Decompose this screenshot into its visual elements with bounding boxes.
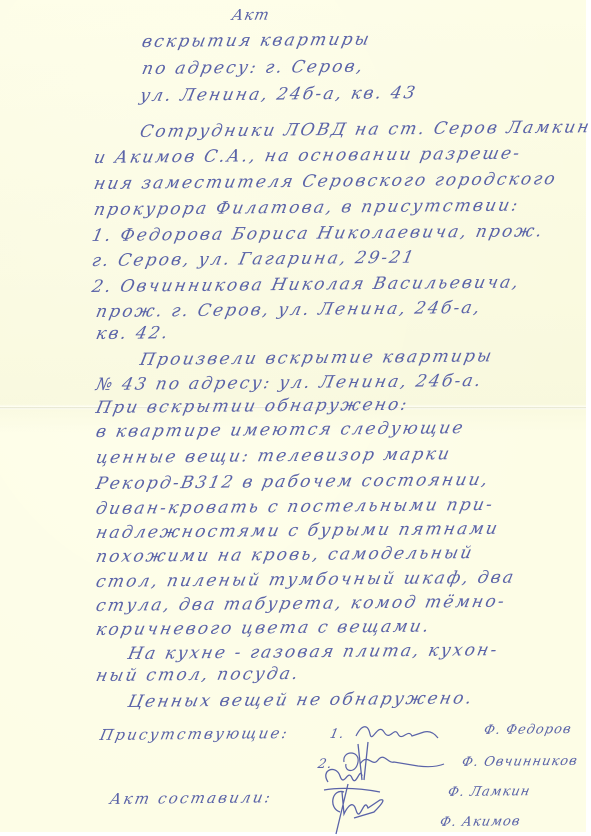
compilers-label: Акт составили: — [108, 790, 273, 807]
document-title: Акт — [230, 8, 271, 23]
body-line: Ценных вещей не обнаружено. — [126, 690, 475, 711]
compiler-2-printed-name: Ф. Акимов — [439, 815, 522, 829]
compiler-1-printed-name: Ф. Ламкин — [447, 785, 532, 799]
body-line: коричневого цвета с вещами. — [94, 619, 432, 639]
witnesses-label: Присутствующие: — [98, 726, 290, 743]
body-line: стула, два табурета, комод тёмно- — [94, 594, 507, 615]
body-line: надлежностями с бурыми пятнами — [94, 521, 500, 542]
body-line: прокурора Филатова, в присутствии: — [92, 198, 521, 219]
body-line: ния заместителя Серовского городского — [92, 171, 558, 193]
heading-line-2: по адресу: г. Серов, — [140, 59, 366, 78]
body-line: и Акимов С.А., на основании разреше- — [92, 146, 523, 167]
body-line: диван-кровать с постельными при- — [94, 497, 495, 518]
body-line: При вскрытии обнаружено: — [94, 397, 410, 417]
body-line: стол, пиленый тумбочный шкаф, два — [94, 570, 517, 591]
body-line: похожими на кровь, самодельный — [94, 545, 475, 566]
body-line: 1. Федорова Бориса Николаевича, прож. — [90, 223, 545, 245]
witness-2-printed-name: Ф. Овчинников — [461, 755, 579, 769]
body-line: № 43 по адресу: ул. Ленина, 24б-а. — [94, 373, 484, 394]
body-line: прож. г. Серов, ул. Ленина, 24б-а, — [94, 300, 483, 321]
body-line: кв. 42. — [94, 325, 171, 343]
body-line: Рекорд-В312 в рабочем состоянии, — [94, 472, 491, 493]
body-line: 2. Овчинникова Николая Васильевича, — [90, 275, 521, 296]
body-line: ценные вещи: телевизор марки — [94, 446, 452, 467]
body-line: На кухне - газовая плита, кухон- — [126, 642, 500, 663]
body-line: в квартире имеются следующие — [94, 420, 466, 441]
body-line: Сотрудники ЛОВД на ст. Серов Ламкин С.Н. — [138, 119, 591, 141]
heading-line-3: ул. Ленина, 24б-а, кв. 43 — [138, 85, 418, 105]
witness-1-printed-name: Ф. Федоров — [483, 723, 573, 737]
body-line: г. Серов, ул. Гагарина, 29-21 — [90, 250, 417, 270]
document-page: Акт вскрытия квартиры по адресу: г. Серо… — [0, 0, 586, 832]
body-line: ный стол, посуда. — [94, 666, 301, 685]
heading-line-1: вскрытия квартиры — [140, 32, 372, 51]
compiler-2-signature — [318, 778, 408, 836]
body-line: Произвели вскрытие квартиры — [138, 348, 495, 369]
